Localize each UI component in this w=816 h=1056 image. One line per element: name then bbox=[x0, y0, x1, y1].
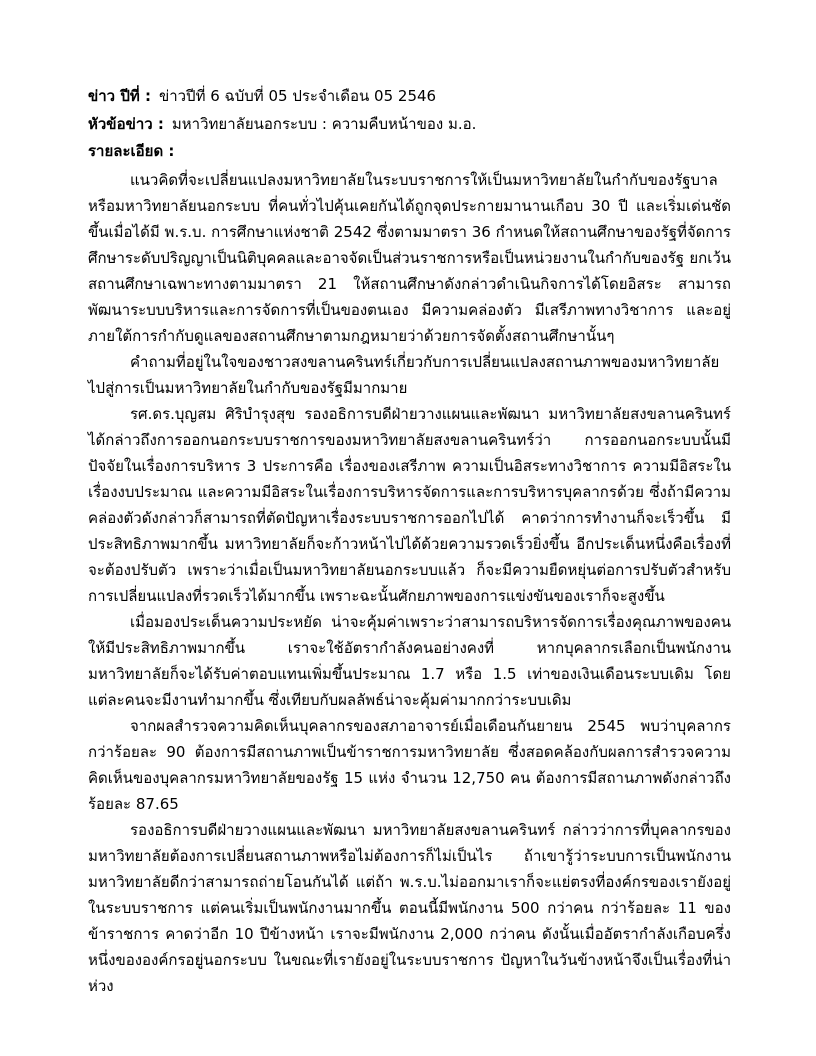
body-paragraph-2: คำถามที่อยู่ในใจของชาวสงขลานครินทร์เกี่ย… bbox=[88, 349, 731, 401]
body-paragraph-3: รศ.ดร.บุญสม ศิริบำรุงสุข รองอธิการบดีฝ่า… bbox=[88, 401, 731, 609]
header-row-details: รายละเอียด : bbox=[88, 138, 731, 166]
header-row-news-title: หัวข้อข่าว : มหาวิทยาลัยนอกระบบ : ความคื… bbox=[88, 111, 731, 139]
body-paragraph-6: รองอธิการบดีฝ่ายวางแผนและพัฒนา มหาวิทยาล… bbox=[88, 817, 731, 999]
document-page: ข่าว ปีที่ : ข่าวปีที่ 6 ฉบับที่ 05 ประจ… bbox=[0, 0, 816, 1056]
body-paragraph-4: เมื่อมองประเด็นความประหยัด น่าจะคุ้มค่าเ… bbox=[88, 609, 731, 713]
body-paragraph-1: แนวคิดที่จะเปลี่ยนแปลงมหาวิทยาลัยในระบบร… bbox=[88, 167, 731, 349]
document-header: ข่าว ปีที่ : ข่าวปีที่ 6 ฉบับที่ 05 ประจ… bbox=[88, 83, 731, 166]
header-row-news-issue: ข่าว ปีที่ : ข่าวปีที่ 6 ฉบับที่ 05 ประจ… bbox=[88, 83, 731, 111]
news-title-value: มหาวิทยาลัยนอกระบบ : ความคืบหน้าของ ม.อ. bbox=[172, 111, 476, 139]
news-title-label: หัวข้อข่าว : bbox=[88, 111, 172, 139]
news-issue-label: ข่าว ปีที่ : bbox=[88, 83, 159, 111]
body-paragraph-5: จากผลสำรวจความคิดเห็นบุคลากรของสภาอาจารย… bbox=[88, 713, 731, 817]
news-issue-value: ข่าวปีที่ 6 ฉบับที่ 05 ประจำเดือน 05 254… bbox=[159, 83, 436, 111]
details-label: รายละเอียด : bbox=[88, 138, 182, 166]
document-body: แนวคิดที่จะเปลี่ยนแปลงมหาวิทยาลัยในระบบร… bbox=[88, 167, 731, 999]
